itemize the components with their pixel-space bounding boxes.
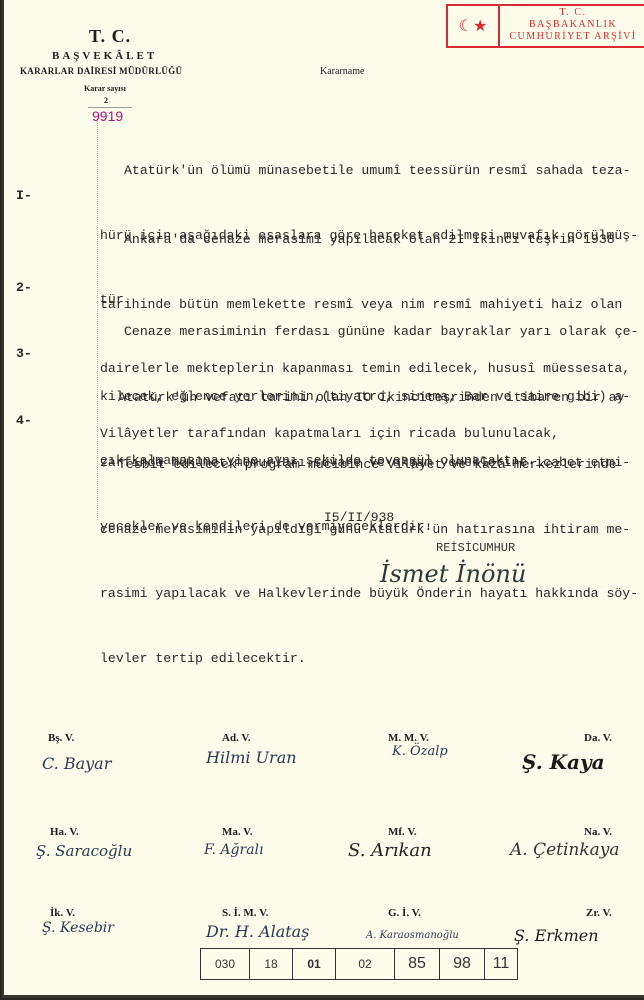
minister-label: S. İ. M. V. [222, 907, 268, 919]
stamp-line-3: CUMHURİYET ARŞİVİ [500, 31, 644, 43]
item-line: levler tertip edilecektir. [100, 648, 638, 670]
minister-signature: Ş. Saracoğlu [36, 842, 132, 860]
minister-label: Da. V. [584, 732, 612, 744]
item-line: Cenaze merasiminin ferdası gününe kadar … [100, 321, 638, 343]
minister-signature: Hilmi Uran [206, 748, 297, 767]
stamp-line-1: T. C. [500, 7, 644, 19]
president-signature: İsmet İnönü [380, 560, 526, 588]
item-number: 2- [16, 280, 32, 295]
code-cell: 85 [395, 949, 440, 979]
item-line: rasimi yapılacak ve Halkevlerinde büyük … [100, 583, 638, 605]
president-title: REİSİCUMHUR [436, 541, 515, 555]
minister-signature: F. Ağralı [204, 842, 264, 858]
minister-label: Na. V. [584, 826, 612, 838]
code-cell: 01 [293, 949, 336, 979]
minister-label: İk. V. [50, 907, 75, 919]
minister-signature: Ş. Kaya [522, 750, 605, 774]
karar-sayisi-value: 2 [104, 96, 108, 105]
archive-code-box: 030 18 01 02 85 98 11 [200, 948, 518, 980]
code-cell: 98 [440, 949, 485, 979]
code-cell: 18 [250, 949, 293, 979]
minister-label: Ha. V. [50, 826, 79, 838]
intro-line: Atatürk'ün ölümü münasebetile umumî tees… [124, 160, 644, 182]
item-4-text: Tesbit edilecek program mucibince Vilâye… [100, 411, 638, 712]
margin-rule [97, 120, 98, 520]
minister-label: G. İ. V. [388, 907, 421, 919]
minister-label: Ma. V. [222, 826, 252, 838]
decree-date: I5/II/938 [324, 510, 394, 525]
minister-signature: A. Çetinkaya [510, 840, 620, 860]
karar-sayisi-label: Karar sayısı [84, 84, 126, 93]
crescent-star-icon: ☾★ [448, 6, 500, 46]
minister-signature: S. Arıkan [348, 840, 432, 861]
code-cell: 02 [336, 949, 395, 979]
minister-signature: C. Bayar [42, 754, 111, 773]
minister-label: Mf. V. [388, 826, 417, 838]
minister-label: Zr. V. [586, 907, 612, 919]
item-line: Ankara'da cenaze merasimi yapılacak olan… [100, 229, 630, 251]
header-agency: BAŞVEKÂLET [52, 50, 157, 62]
minister-label: M. M. V. [388, 732, 429, 744]
minister-signature: A. Karaosmanoğlu [366, 930, 459, 941]
decree-page: T. C. BAŞVEKÂLET KARARLAR DAİRESİ MÜDÜRL… [2, 0, 644, 998]
item-line: Tesbit edilecek program mucibince Vilâye… [100, 454, 638, 476]
minister-signature: Ş. Erkmen [514, 926, 599, 945]
minister-label: Bş. V. [48, 732, 74, 744]
minister-signature: K. Özalp [392, 744, 448, 759]
item-number: 3- [16, 346, 32, 361]
item-number: I- [16, 188, 32, 203]
item-number: 4- [16, 413, 32, 428]
archive-stamp: ☾★ T. C. BAŞBAKANLIK CUMHURİYET ARŞİVİ [446, 4, 644, 48]
code-cell: 030 [201, 949, 250, 979]
minister-label: Ad. V. [222, 732, 251, 744]
minister-signature: Dr. H. Alataş [206, 922, 309, 941]
doc-type-title: Kararname [320, 66, 364, 77]
header-department: KARARLAR DAİRESİ MÜDÜRLÜĞÜ [20, 66, 182, 76]
stamp-line-2: BAŞBAKANLIK [500, 19, 644, 31]
code-cell: 11 [485, 949, 517, 979]
header-tc: T. C. [89, 26, 131, 47]
minister-signature: Ş. Kesebir [42, 920, 114, 936]
item-line: Atatürk'ün vefatı tarihi olan IO İkincit… [100, 387, 630, 409]
